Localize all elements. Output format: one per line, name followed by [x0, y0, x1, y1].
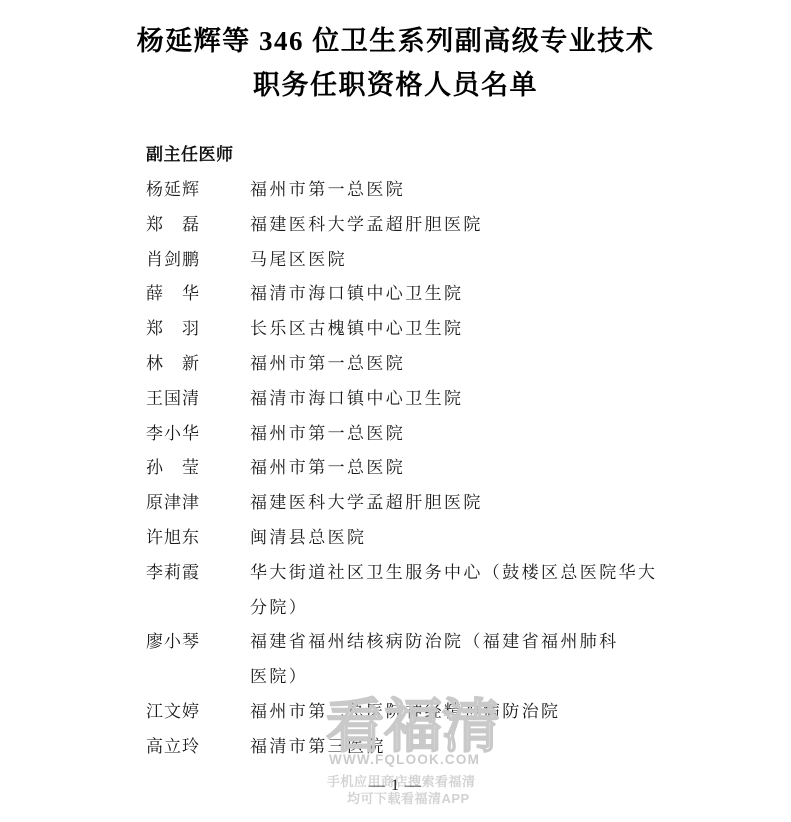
person-org: 福建省福州结核病防治院（福建省福州肺科医院）	[250, 625, 711, 695]
document-title: 杨延辉等 346 位卫生系列副高级专业技术 职务任职资格人员名单	[0, 0, 791, 107]
list-item: 杨延辉 福州市第一总医院	[146, 173, 711, 208]
person-org: 闽清县总医院	[250, 521, 711, 556]
list-item: 原津津 福建医科大学孟超肝胆医院	[146, 486, 711, 521]
person-name: 薛 华	[146, 277, 250, 312]
list-item: 孙 莹 福州市第一总医院	[146, 451, 711, 486]
person-name: 李莉霞	[146, 556, 250, 591]
section-header: 副主任医师	[146, 145, 711, 165]
person-name: 林 新	[146, 347, 250, 382]
list-item: 林 新 福州市第一总医院	[146, 347, 711, 382]
person-name: 肖剑鹏	[146, 243, 250, 278]
list-item: 王国清 福清市海口镇中心卫生院	[146, 382, 711, 417]
person-name: 廖小琴	[146, 625, 250, 660]
person-name: 原津津	[146, 486, 250, 521]
page-number: — 1 —	[0, 777, 791, 795]
document-body: 副主任医师 杨延辉 福州市第一总医院 郑 磊 福建医科大学孟超肝胆医院 肖剑鹏 …	[146, 145, 711, 765]
person-org: 福建医科大学孟超肝胆医院	[250, 208, 711, 243]
list-item: 许旭东 闽清县总医院	[146, 521, 711, 556]
person-org: 长乐区古槐镇中心卫生院	[250, 312, 711, 347]
list-item: 郑 磊 福建医科大学孟超肝胆医院	[146, 208, 711, 243]
list-item: 郑 羽 长乐区古槐镇中心卫生院	[146, 312, 711, 347]
list-item: 高立玲 福清市第三医院	[146, 730, 711, 765]
person-name: 郑 羽	[146, 312, 250, 347]
person-org: 福建医科大学孟超肝胆医院	[250, 486, 711, 521]
title-line-1: 杨延辉等 346 位卫生系列副高级专业技术	[0, 19, 791, 63]
person-org: 华大街道社区卫生服务中心（鼓楼区总医院华大分院）	[250, 556, 711, 626]
list-item: 李小华 福州市第一总医院	[146, 417, 711, 452]
list-item: 肖剑鹏 马尾区医院	[146, 243, 711, 278]
person-name: 李小华	[146, 417, 250, 452]
person-org: 福州市第一总医院	[250, 417, 711, 452]
person-name: 江文婷	[146, 695, 250, 730]
person-org: 福州市第一总医院	[250, 347, 711, 382]
person-name: 王国清	[146, 382, 250, 417]
person-org: 马尾区医院	[250, 243, 711, 278]
person-name: 高立玲	[146, 730, 250, 765]
list-item: 江文婷 福州市第二总医院神经精神病防治院	[146, 695, 711, 730]
list-item: 廖小琴 福建省福州结核病防治院（福建省福州肺科医院）	[146, 625, 711, 695]
person-org: 福清市海口镇中心卫生院	[250, 382, 711, 417]
name-list: 杨延辉 福州市第一总医院 郑 磊 福建医科大学孟超肝胆医院 肖剑鹏 马尾区医院 …	[146, 173, 711, 765]
document-page: 杨延辉等 346 位卫生系列副高级专业技术 职务任职资格人员名单 副主任医师 杨…	[0, 0, 791, 822]
person-org: 福州市第二总医院神经精神病防治院	[250, 695, 711, 730]
list-item: 李莉霞 华大街道社区卫生服务中心（鼓楼区总医院华大分院）	[146, 556, 711, 626]
person-name: 郑 磊	[146, 208, 250, 243]
person-org: 福州市第一总医院	[250, 173, 711, 208]
person-org: 福清市海口镇中心卫生院	[250, 277, 711, 312]
person-name: 杨延辉	[146, 173, 250, 208]
person-org: 福州市第一总医院	[250, 451, 711, 486]
person-name: 孙 莹	[146, 451, 250, 486]
list-item: 薛 华 福清市海口镇中心卫生院	[146, 277, 711, 312]
person-org: 福清市第三医院	[250, 730, 711, 765]
title-line-2: 职务任职资格人员名单	[0, 63, 791, 107]
person-name: 许旭东	[146, 521, 250, 556]
